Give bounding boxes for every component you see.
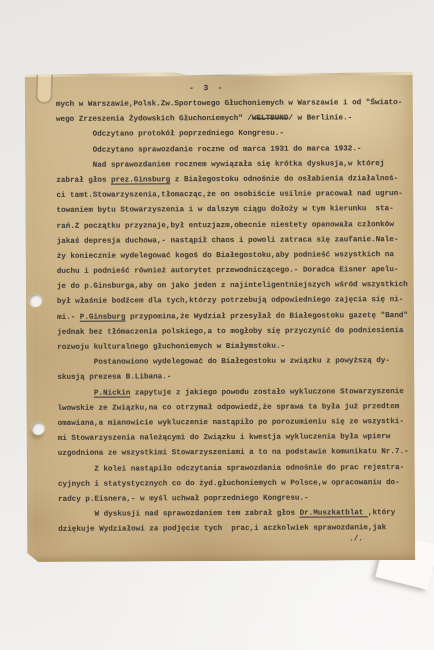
typewritten-text: mych w Warszawie,Polsk.Zw.Sportowego Głu… [56, 96, 414, 538]
punch-hole-top [29, 294, 42, 307]
text-segment: zapytuje z jakiego powodu zostało wykluc… [130, 388, 403, 397]
text-segment: mych w Warszawie,Polsk.Zw.Sportowego Głu… [56, 99, 402, 109]
text-segment: jednak bez tłómaczenia polskiego,a to mo… [57, 327, 403, 337]
text-segment: je do p.Ginsburga,aby on jako jeden z na… [57, 281, 408, 291]
text-segment: wego Zrzeszenia Żydowskich Głuchoniemych… [56, 115, 252, 124]
end-mark: ./. [349, 535, 363, 543]
text-segment: Z kolei nastąpiło odczytania sprawozdani… [58, 464, 404, 474]
text-segment: radcy p.Eisnera,- w myśl uchwał poprzedn… [58, 494, 309, 503]
text-segment: z Białegostoku odnośnie do osłabienia dz… [170, 175, 398, 184]
text-line: rań.Z początku przyznaje,był entuzjazm,o… [56, 217, 412, 234]
text-line: cyjnych i statystycznych co do żyd.głuch… [58, 476, 414, 493]
text-line: Postanowiono wydelegować do Białegostoku… [57, 354, 413, 371]
text-segment: ci tamt.Stowarzyszenia,tłomacząc,że on o… [56, 190, 402, 200]
text-segment: mi.- [57, 313, 80, 321]
text-segment: Nad sprawozdaniem rocznem wywiązała się … [56, 160, 384, 170]
struck-text: WELTBUND [252, 115, 289, 123]
text-line: towaniem bytu Stowarzyszenia i w dalszym… [56, 202, 412, 219]
text-segment: towaniem bytu Stowarzyszenia i w dalszym… [56, 205, 393, 215]
text-segment: mi Stowarzyszenia należącymi do Związku … [58, 433, 391, 443]
underlined-text: Dr.Muszkatblat [300, 509, 368, 517]
text-segment: dziękuje Wydziałowi za podjęcie tych pra… [58, 524, 386, 534]
text-segment: zabrał głos [56, 177, 111, 185]
text-segment [57, 389, 94, 397]
text-segment: ży koniecznie wydelegować kogoś do Białe… [57, 251, 394, 261]
text-segment: skusją prezesa B.Libana.- [57, 374, 171, 383]
text-line: jednak bez tłómaczenia polskiego,a to mo… [57, 324, 413, 341]
underlined-text: P.Nickin [94, 389, 131, 397]
text-segment: duchu i podnieść również autorytet przew… [57, 266, 399, 276]
photo-background: - 3 - mych w Warszawie,Polsk.Zw.Sportowe… [0, 0, 434, 650]
text-segment: uzgodniona ze wszystkimi Stowarzyszeniam… [58, 448, 409, 458]
text-segment: jakaś depresja duchowa,- nastąpił chaos … [57, 236, 399, 246]
page-number: - 3 - [12, 83, 400, 94]
underlined-text: prez.Ginsburg [111, 176, 170, 184]
text-segment: Odczytano protokół poprzedniego Kongresu… [56, 130, 284, 139]
text-segment: Odczytano sprawozdanie roczne od marca 1… [56, 145, 361, 155]
text-segment: omawiana,a mianowicie wykluczenie nastąp… [58, 418, 404, 428]
text-segment: W dyskusji nad sprawozdaniem tem zabrał … [58, 510, 300, 519]
text-line: Odczytano sprawozdanie roczne od marca 1… [56, 142, 412, 159]
text-segment: przypomina,że Wydział przesyłał do Białe… [125, 312, 408, 321]
text-line: był właśnie bodźcem dla tych,którzy potr… [57, 293, 413, 310]
text-segment: rozwoju kulturalnego głuchoniemych w Bia… [57, 343, 285, 352]
text-line: mych w Warszawie,Polsk.Zw.Sportowego Głu… [56, 96, 412, 113]
text-segment: Postanowiono wydelegować do Białegostoku… [57, 357, 390, 367]
punch-hole-bottom [32, 422, 45, 435]
text-segment: cyjnych i statystycznych co do żyd.głuch… [58, 479, 400, 489]
text-line: P.Nickin zapytuje z jakiego powodu zosta… [57, 385, 413, 402]
document-paper: - 3 - mych w Warszawie,Polsk.Zw.Sportowe… [25, 71, 416, 562]
text-line: jakaś depresja duchowa,- nastąpił chaos … [57, 233, 413, 250]
text-segment: lwowskie ze Związku,na co otrzymał odpow… [57, 403, 399, 413]
text-segment: / w Berlinie.- [288, 114, 352, 122]
underlined-text: P.Ginsburg [80, 313, 126, 321]
text-line: uzgodniona ze wszystkimi Stowarzyszeniam… [58, 445, 414, 462]
text-line: Z kolei nastąpiło odczytania sprawozdani… [58, 460, 414, 477]
text-line: lwowskie ze Związku,na co otrzymał odpow… [57, 400, 413, 417]
text-line: mi.- P.Ginsburg przypomina,że Wydział pr… [57, 309, 413, 326]
text-segment: był właśnie bodźcem dla tych,którzy potr… [57, 296, 403, 306]
text-segment: ,który [368, 509, 395, 517]
text-line: Nad sprawozdaniem rocznem wywiązała się … [56, 157, 412, 174]
text-segment: rań.Z początku przyznaje,był entuzjazm,o… [57, 221, 394, 231]
